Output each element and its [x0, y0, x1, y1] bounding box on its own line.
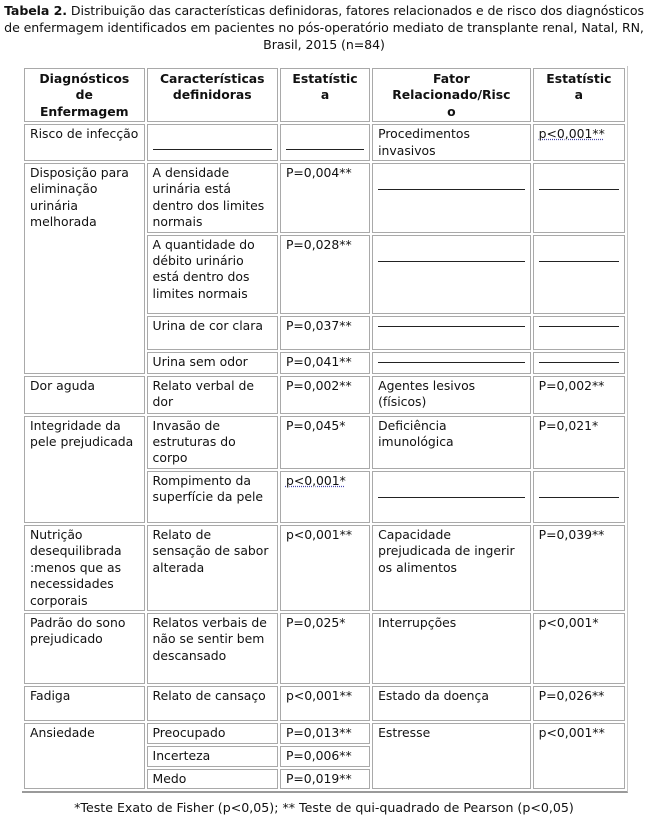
- statistic-cell: p<0,001**: [280, 686, 370, 721]
- factor-cell: [372, 352, 531, 374]
- statistic-cell: P=0,006**: [280, 746, 370, 767]
- characteristic-cell: [147, 124, 278, 161]
- statistic-cell: [280, 124, 370, 161]
- factor-cell: [372, 163, 531, 233]
- table-row: Disposição para eliminação urinária melh…: [24, 163, 625, 233]
- factor-cell: Procedimentos invasivos: [372, 124, 531, 161]
- statistic-cell: p<0,001**: [280, 525, 370, 611]
- diagnosis-cell: Fadiga: [24, 686, 145, 721]
- factor-statistic-cell: [533, 163, 625, 233]
- diagnosis-cell: Integridade da pele prejudicada: [24, 416, 145, 523]
- factor-statistic-cell: p<0,001*: [533, 613, 625, 684]
- statistic-cell: P=0,004**: [280, 163, 370, 233]
- factor-statistic-cell: [533, 471, 625, 523]
- table-row: Risco de infecção Procedimentos invasivo…: [24, 124, 625, 161]
- factor-statistic-cell: p<0,001**: [533, 723, 625, 789]
- factor-statistic-cell: P=0,026**: [533, 686, 625, 721]
- statistic-cell: P=0,002**: [280, 376, 370, 414]
- header-statistic-2: Estatística: [533, 68, 625, 122]
- factor-cell: [372, 471, 531, 523]
- statistic-cell: P=0,019**: [280, 769, 370, 789]
- results-table: DiagnósticosdeEnfermagem Características…: [22, 66, 627, 791]
- caption-text: Distribuição das características definid…: [4, 3, 644, 52]
- table-row: Dor aguda Relato verbal de dor P=0,002**…: [24, 376, 625, 414]
- diagnosis-cell: Ansiedade: [24, 723, 145, 789]
- factor-cell: Estresse: [372, 723, 531, 789]
- caption-label: Tabela 2.: [4, 3, 67, 18]
- table-caption: Tabela 2. Distribuição das característic…: [0, 2, 648, 53]
- factor-statistic-cell: p<0,001**: [533, 124, 625, 161]
- characteristic-cell: Urina de cor clara: [147, 316, 278, 350]
- statistic-cell: P=0,025*: [280, 613, 370, 684]
- characteristic-cell: Incerteza: [147, 746, 278, 767]
- table-row: Padrão do sono prejudicado Relatos verba…: [24, 613, 625, 684]
- table-row: Fadiga Relato de cansaço p<0,001** Estad…: [24, 686, 625, 721]
- characteristic-cell: A quantidade do débito urinário está den…: [147, 235, 278, 314]
- table-header-row: DiagnósticosdeEnfermagem Características…: [24, 68, 625, 122]
- diagnosis-cell: Nutrição desequilibrada :menos que as ne…: [24, 525, 145, 611]
- factor-statistic-cell: P=0,002**: [533, 376, 625, 414]
- characteristic-cell: Invasão de estruturas do corpo: [147, 416, 278, 469]
- diagnosis-cell: Risco de infecção: [24, 124, 145, 161]
- factor-statistic-cell: [533, 235, 625, 314]
- characteristic-cell: Relato de cansaço: [147, 686, 278, 721]
- characteristic-cell: Relatos verbais de não se sentir bem des…: [147, 613, 278, 684]
- statistic-cell: P=0,013**: [280, 723, 370, 744]
- factor-cell: Capacidade prejudicada de ingerir os ali…: [372, 525, 531, 611]
- table-row: Nutrição desequilibrada :menos que as ne…: [24, 525, 625, 611]
- table-row: Integridade da pele prejudicada Invasão …: [24, 416, 625, 469]
- characteristic-cell: Urina sem odor: [147, 352, 278, 374]
- factor-cell: Deficiência imunológica: [372, 416, 531, 469]
- factor-cell: Interrupções: [372, 613, 531, 684]
- factor-statistic-cell: P=0,039**: [533, 525, 625, 611]
- statistic-cell: P=0,028**: [280, 235, 370, 314]
- factor-statistic-cell: [533, 316, 625, 350]
- statistic-cell: P=0,041**: [280, 352, 370, 374]
- characteristic-cell: A densidade urinária está dentro dos lim…: [147, 163, 278, 233]
- statistic-cell: p<0,001*: [280, 471, 370, 523]
- characteristic-cell: Rompimento da superfície da pele: [147, 471, 278, 523]
- factor-cell: Estado da doença: [372, 686, 531, 721]
- factor-statistic-cell: P=0,021*: [533, 416, 625, 469]
- statistic-cell: P=0,037**: [280, 316, 370, 350]
- statistic-cell: P=0,045*: [280, 416, 370, 469]
- diagnosis-cell: Dor aguda: [24, 376, 145, 414]
- characteristic-cell: Relato de sensação de sabor alterada: [147, 525, 278, 611]
- header-diagnosis: DiagnósticosdeEnfermagem: [24, 68, 145, 122]
- factor-statistic-cell: [533, 352, 625, 374]
- factor-cell: [372, 316, 531, 350]
- characteristic-cell: Preocupado: [147, 723, 278, 744]
- factor-cell: [372, 235, 531, 314]
- characteristic-cell: Relato verbal de dor: [147, 376, 278, 414]
- table-footnote: *Teste Exato de Fisher (p<0,05); ** Test…: [0, 800, 648, 815]
- results-table-container: DiagnósticosdeEnfermagem Características…: [22, 66, 628, 793]
- factor-cell: Agentes lesivos (físicos): [372, 376, 531, 414]
- header-factor: FatorRelacionado/Risco: [372, 68, 531, 122]
- diagnosis-cell: Disposição para eliminação urinária melh…: [24, 163, 145, 374]
- diagnosis-cell: Padrão do sono prejudicado: [24, 613, 145, 684]
- table-row: Ansiedade Preocupado P=0,013** Estresse …: [24, 723, 625, 744]
- header-statistic-1: Estatística: [280, 68, 370, 122]
- header-characteristics: Característicasdefinidoras: [147, 68, 278, 122]
- characteristic-cell: Medo: [147, 769, 278, 789]
